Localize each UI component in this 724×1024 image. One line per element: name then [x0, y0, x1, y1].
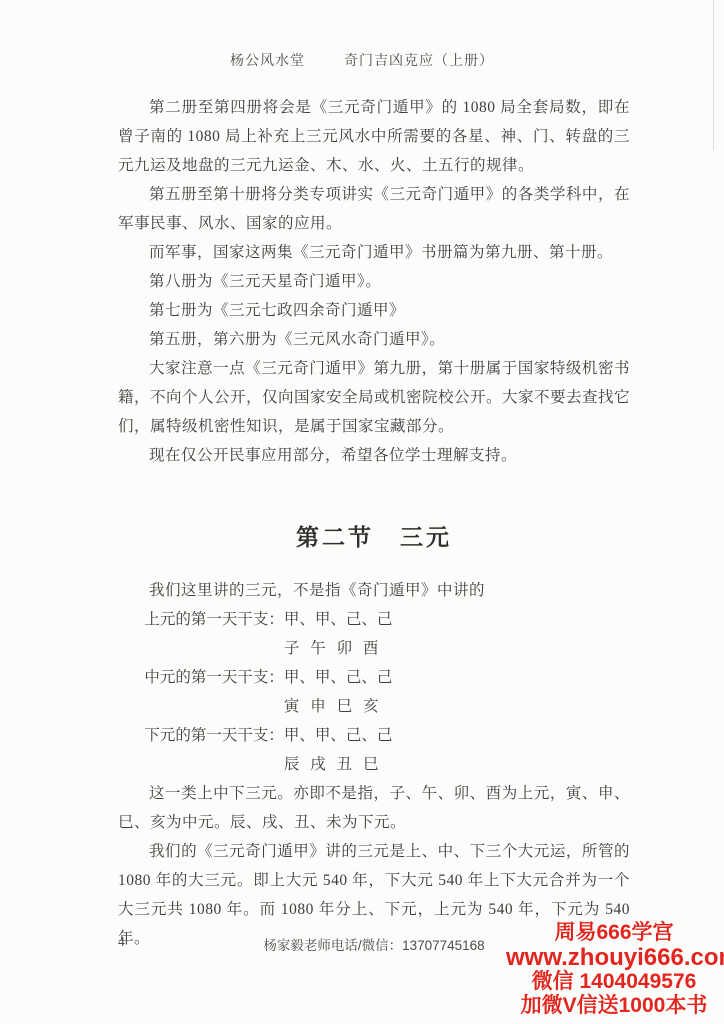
- sanyuan-upper-block: 上元的第一天干支：甲、甲、己、己 子 午 卯 酉: [118, 605, 630, 663]
- sanyuan-lower-block: 下元的第一天干支：甲、甲、己、己 辰 戌 丑 巳: [118, 721, 630, 779]
- paragraph-clarify: 这一类上中下三元。亦即不是指，子、午、卯、酉为上元，寅、申、巳、亥为中元。辰、戌…: [118, 779, 630, 837]
- paragraph-volume-8: 第八册为《三元天星奇门遁甲》。: [118, 267, 630, 296]
- sanyuan-branches: 辰 戌 丑 巳: [118, 750, 630, 779]
- scanned-book-page: 杨公风水堂 奇门吉凶克应（上册） 第二册至第四册将会是《三元奇门遁甲》的 108…: [0, 0, 724, 1024]
- scan-artifact-line: [713, 0, 714, 150]
- watermark: 周易666学宫 www.zhouyi666.com 微信 1404049576 …: [506, 921, 722, 1018]
- paragraph-public-part: 现在仅公开民事应用部分，希望各位学士理解支持。: [118, 441, 630, 470]
- watermark-promo: 加微V信送1000本书: [506, 994, 722, 1018]
- sanyuan-stems: 甲、甲、己、己: [284, 727, 393, 744]
- sanyuan-label: 中元的第一天干支：: [144, 669, 284, 686]
- paragraph-military: 而军事，国家这两集《三元奇门遁甲》书册篇为第九册、第十册。: [118, 238, 630, 267]
- sanyuan-label: 下元的第一天干支：: [144, 727, 284, 744]
- paragraph-volumes-5-10: 第五册至第十册将分类专项讲实《三元奇门遁甲》的各类学科中，在军事民事、风水、国家…: [118, 180, 630, 238]
- watermark-url: www.zhouyi666.com: [506, 945, 722, 970]
- paragraph-sanyuan-intro: 我们这里讲的三元，不是指《奇门遁甲》中讲的: [118, 576, 630, 605]
- sanyuan-stems: 甲、甲、己、己: [284, 669, 393, 686]
- section-heading: 第二节 三元: [118, 522, 630, 554]
- paragraph-volumes-2-4: 第二册至第四册将会是《三元奇门遁甲》的 1080 局全套局数，即在曾子南的 10…: [118, 93, 630, 180]
- sanyuan-upper-line: 上元的第一天干支：甲、甲、己、己: [118, 605, 630, 634]
- sanyuan-stems: 甲、甲、己、己: [284, 611, 393, 628]
- page-header: 杨公风水堂 奇门吉凶克应（上册）: [0, 50, 724, 70]
- sanyuan-branches: 子 午 卯 酉: [118, 634, 630, 663]
- page-body: 第二册至第四册将会是《三元奇门遁甲》的 1080 局全套局数，即在曾子南的 10…: [118, 93, 630, 953]
- sanyuan-lower-line: 下元的第一天干支：甲、甲、己、己: [118, 721, 630, 750]
- paragraph-secret-notice: 大家注意一点《三元奇门遁甲》第九册，第十册属于国家特级机密书籍，不向个人公开，仅…: [118, 354, 630, 441]
- footer-contact: 杨家毅老师电话/微信：13707745168: [263, 938, 484, 953]
- header-book-title: 奇门吉凶克应（上册）: [344, 54, 494, 69]
- paragraph-volume-7: 第七册为《三元七政四余奇门遁甲》: [118, 296, 630, 325]
- watermark-wechat-id: 微信 1404049576: [506, 970, 722, 994]
- watermark-site-name: 周易666学宫: [506, 921, 722, 945]
- sanyuan-middle-block: 中元的第一天干支：甲、甲、己、己 寅 申 巳 亥: [118, 663, 630, 721]
- sanyuan-label: 上元的第一天干支：: [144, 611, 284, 628]
- sanyuan-middle-line: 中元的第一天干支：甲、甲、己、己: [118, 663, 630, 692]
- sanyuan-branches: 寅 申 巳 亥: [118, 692, 630, 721]
- paragraph-volume-5-6: 第五册，第六册为《三元风水奇门遁甲》。: [118, 325, 630, 354]
- header-studio: 杨公风水堂: [230, 54, 305, 69]
